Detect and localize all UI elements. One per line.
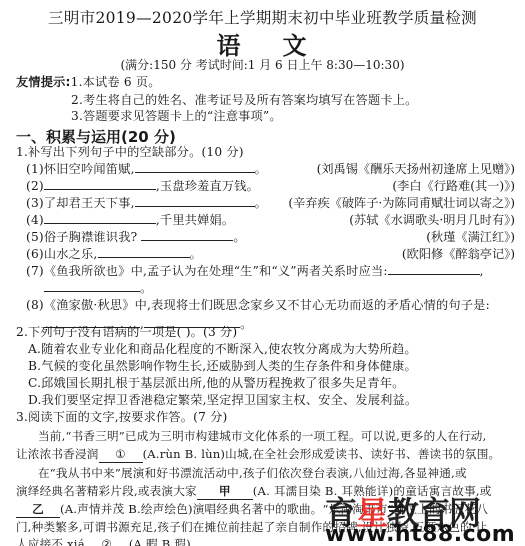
answer-blank[interactable] [98, 246, 190, 258]
q3-passage-line: 当前,“书香三明”已成为三明市构建城市文化体系的一项工程。可以说,更多的人在行动… [38, 428, 487, 444]
q1-source-3: (辛弃疾《破阵子·为陈同甫赋壮词以寄之》) [288, 195, 515, 211]
q2-option-b[interactable]: B.气候的变化虽然影响作物生长,还威胁到人类的生存条件和身体健康。 [28, 358, 417, 374]
exam-page: 三明市2019—2020学年上学期期末初中毕业班教学质量检测 语文 (满分:15… [0, 0, 525, 546]
watermark-url: www.ht88.com [325, 522, 515, 546]
question-3-stem: 3.阅读下面的文字,按要求作答。(7 分) [16, 409, 227, 425]
tips-row-1: 友情提示:1.本试卷 6 页。 [16, 74, 161, 90]
q1-item-6: (6)山水之乐,。 [26, 246, 202, 262]
answer-blank[interactable] [44, 280, 140, 292]
q1-source-2: (李白《行路难(其一)》) [392, 178, 515, 194]
q3-passage-line: 人应接不 xiá②(A.暇 B.瑕)。 [16, 536, 203, 546]
q1-item-5: (5)俗子胸襟谁识我? 。 [26, 229, 246, 245]
tip-item: 1.本试卷 6 页。 [71, 75, 161, 89]
tip-item: 2.考生将自己的姓名、准考证号及所有答案均填写在答题卡上。 [71, 92, 418, 108]
q1-item-7: (7)《鱼我所欲也》中,孟子认为在处理“生”和“义”两者关系时应当:, [26, 263, 484, 279]
q1-item-3: (3)了却君王天下事,。 [26, 195, 267, 211]
q1-item-1: (1)怀旧空吟闻笛赋,。 [26, 161, 267, 177]
answer-blank[interactable] [388, 263, 480, 275]
watermark-logo: 育星教育网 www.ht88.com [325, 488, 525, 546]
q1-source-5: (秋瑾《满江红》) [426, 229, 515, 245]
q3-passage-line: 在“我从书中来”展演和好书漂流活动中,孩子们依次登台表演,八仙过海,各显神通,或 [38, 465, 467, 481]
answer-blank[interactable] [135, 195, 255, 207]
question-2-stem: 2.下列句子没有语病的一项是( )。(3 分) [16, 324, 237, 340]
tip-item: 3.答题要求见答题卡上的“注意事项”。 [71, 108, 282, 124]
answer-blank[interactable] [44, 212, 156, 224]
q1-source-4: (苏轼《水调歌头·明月几时有》) [349, 212, 515, 228]
q1-source-6: (欧阳修《醉翁亭记》) [402, 246, 515, 262]
q1-source-1: (刘禹锡《酬乐天扬州初逢席上见赠》) [317, 161, 515, 177]
exam-title: 三明市2019—2020学年上学期期末初中毕业班教学质量检测 [0, 6, 525, 28]
q3-passage-line: 让浓浓书香浸润①(A.rùn B. lùn)山城,在全社会形成爱读书、读好书、善… [16, 446, 500, 463]
answer-blank[interactable] [135, 161, 255, 173]
q1-item-8: (8)《渔家傲·秋思》中,表现将士们既思念家乡又不甘心无功而返的矛盾心情的句子是… [26, 297, 490, 313]
q2-option-a[interactable]: A.随着农业专业化和商品化程度的不断深入,使农牧分离成为大势所趋。 [28, 341, 417, 357]
blank-1[interactable]: ① [99, 446, 143, 463]
answer-blank[interactable] [44, 178, 156, 190]
blank-jia[interactable]: 甲 [197, 483, 253, 500]
q1-item-4: (4),千里共婵娟。 [26, 212, 234, 228]
blank-yi[interactable]: 乙 [16, 501, 60, 518]
tips-label: 友情提示: [16, 75, 71, 89]
blank-2[interactable]: ② [85, 536, 129, 546]
q1-item-7-cont: 。 [44, 280, 152, 296]
q2-option-d[interactable]: D.我们要坚定捍卫香港稳定繁荣,坚定捍卫国家主权、安全、发展利益。 [28, 392, 417, 408]
answer-blank[interactable] [141, 229, 233, 241]
q2-option-c[interactable]: C.邱娥国长期扎根于基层派出所,他的从警历程挽救了很多失足青年。 [28, 375, 404, 391]
question-1-stem: 1.补写出下列句子中的空缺部分。(10 分) [16, 144, 244, 160]
q1-item-2: (2),玉盘珍羞直万钱。 [26, 178, 259, 194]
exam-meta: (满分:150 分 考试时间:1 月 6 日上午 8:30—10:30) [0, 56, 525, 73]
